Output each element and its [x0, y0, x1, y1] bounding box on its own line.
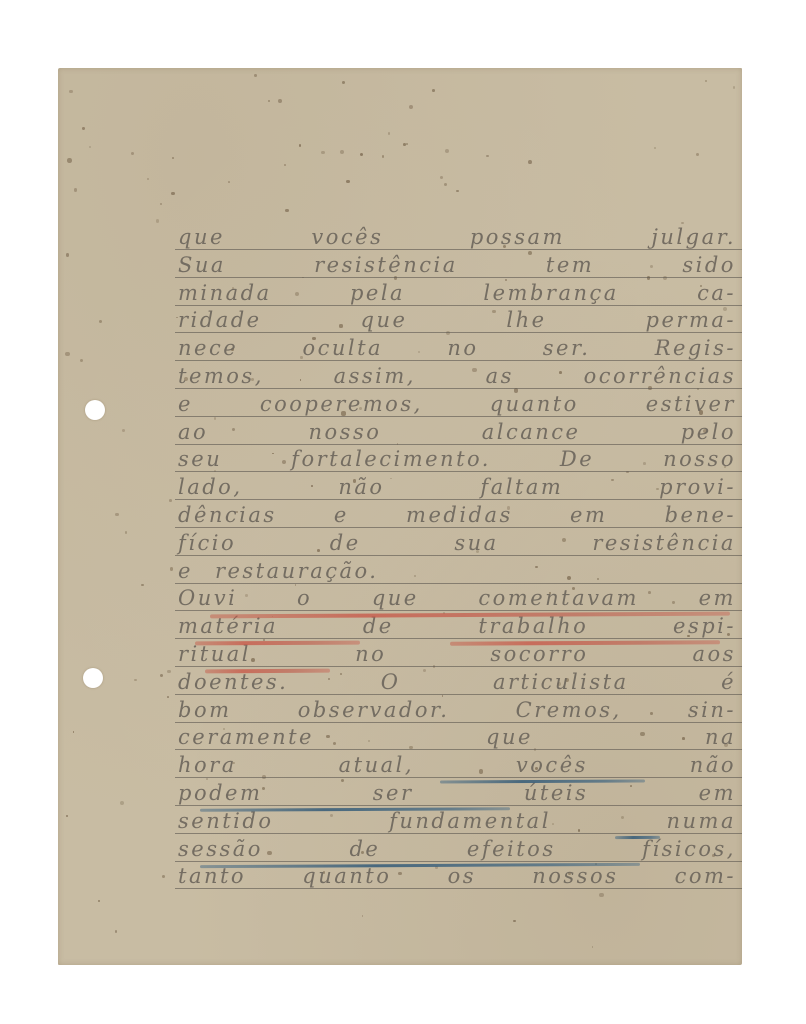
- foxing-speck: [654, 147, 656, 149]
- word: não: [690, 752, 736, 778]
- foxing-speck: [167, 696, 169, 698]
- foxing-speck: [69, 90, 72, 93]
- foxing-speck: [89, 146, 91, 148]
- foxing-speck: [733, 86, 735, 88]
- foxing-speck: [696, 153, 699, 156]
- foxing-speck: [66, 815, 68, 817]
- word: em: [570, 502, 607, 528]
- word: e: [178, 391, 193, 417]
- word: sessão: [178, 836, 263, 862]
- foxing-speck: [169, 499, 172, 502]
- foxing-speck: [409, 105, 413, 109]
- foxing-speck: [528, 160, 532, 164]
- handwritten-line: temos,assim,asocorrências: [178, 361, 736, 389]
- word: alcance: [482, 419, 581, 445]
- word: ao: [178, 419, 208, 445]
- word: faltam: [480, 474, 563, 500]
- word: é: [721, 669, 736, 695]
- handwritten-line: lado,nãofaltamprovi-: [178, 472, 736, 500]
- foxing-speck: [321, 151, 324, 154]
- word: que: [361, 307, 408, 333]
- word: oculta: [302, 335, 383, 361]
- word: bom: [178, 697, 232, 723]
- word: aos: [693, 641, 736, 667]
- foxing-speck: [98, 900, 100, 902]
- foxing-speck: [382, 155, 384, 157]
- foxing-speck: [131, 152, 134, 155]
- word: hora: [178, 752, 237, 778]
- word: medidas: [406, 502, 513, 528]
- word: pelo: [681, 419, 736, 445]
- hole-punch-top: [85, 400, 105, 420]
- foxing-speck: [432, 89, 435, 92]
- foxing-speck: [115, 513, 118, 516]
- word: em: [699, 780, 736, 806]
- foxing-speck: [486, 155, 489, 158]
- word: sua: [454, 530, 498, 556]
- foxing-speck: [120, 801, 124, 805]
- word: fortalecimento.: [291, 446, 491, 472]
- word: que: [178, 224, 225, 250]
- foxing-speck: [440, 176, 443, 179]
- word: atual,: [339, 752, 414, 778]
- foxing-speck: [172, 157, 174, 159]
- hole-punch-bottom: [83, 668, 103, 688]
- word: Ouvi: [178, 585, 237, 611]
- foxing-speck: [228, 181, 230, 183]
- word: no: [447, 335, 478, 361]
- foxing-speck: [65, 352, 69, 356]
- foxing-speck: [513, 920, 516, 923]
- word: e: [334, 502, 349, 528]
- foxing-speck: [156, 219, 160, 223]
- word: as: [486, 363, 514, 389]
- foxing-speck: [115, 930, 118, 933]
- foxing-speck: [122, 429, 125, 432]
- foxing-speck: [278, 99, 282, 103]
- word: podem: [178, 780, 262, 806]
- word: resistência: [314, 252, 458, 278]
- word: o: [297, 585, 312, 611]
- word: que: [486, 724, 533, 750]
- foxing-speck: [171, 192, 175, 196]
- foxing-speck: [299, 144, 302, 147]
- word: cooperemos,: [260, 391, 423, 417]
- word: nossos: [532, 863, 618, 889]
- word: espi-: [673, 613, 736, 639]
- word: físicos,: [642, 836, 736, 862]
- foxing-speck: [141, 584, 144, 587]
- word: e: [178, 558, 193, 584]
- word: observador.: [298, 697, 450, 723]
- word: minada: [178, 280, 272, 306]
- word: não: [338, 474, 384, 500]
- foxing-speck: [160, 203, 162, 205]
- foxing-speck: [284, 164, 286, 166]
- word: trabalho: [478, 613, 588, 639]
- word: Sua: [178, 252, 226, 278]
- word: provi-: [659, 474, 736, 500]
- word: quanto: [490, 391, 579, 417]
- word: nece: [178, 335, 238, 361]
- word: nosso: [663, 446, 736, 472]
- paper-sheet: quevocêspossamjulgar.Suaresistênciatemsi…: [58, 68, 742, 965]
- handwritten-line: erestauração.: [178, 556, 736, 584]
- foxing-speck: [99, 320, 102, 323]
- word: pela: [350, 280, 405, 306]
- word: temos,: [178, 363, 264, 389]
- word: fundamental: [389, 808, 551, 834]
- word: de: [330, 530, 361, 556]
- word: de: [349, 836, 380, 862]
- word: lado,: [178, 474, 243, 500]
- word: ser: [373, 780, 414, 806]
- handwritten-line: fíciodesuaresistência: [178, 528, 736, 556]
- foxing-speck: [362, 915, 364, 917]
- word: tem: [546, 252, 594, 278]
- word: comentavam: [478, 585, 639, 611]
- word: sentido: [178, 808, 273, 834]
- word: nosso: [309, 419, 382, 445]
- word: lhe: [506, 307, 546, 333]
- handwritten-line: aonossoalcancepelo: [178, 417, 736, 445]
- foxing-speck: [346, 180, 349, 183]
- foxing-speck: [170, 567, 174, 571]
- foxing-speck: [254, 74, 257, 77]
- word: O: [381, 669, 401, 695]
- word: estiver: [646, 391, 736, 417]
- red-underline-mark: [205, 669, 330, 674]
- word: fício: [178, 530, 236, 556]
- word: ocorrências: [584, 363, 736, 389]
- word: possam: [470, 224, 565, 250]
- foxing-speck: [342, 81, 345, 84]
- handwritten-line: seufortalecimento.Denosso: [178, 444, 736, 472]
- handwritten-line: Suaresistênciatemsido: [178, 250, 736, 278]
- word: dências: [178, 502, 277, 528]
- word: assim,: [334, 363, 416, 389]
- foxing-speck: [444, 183, 447, 186]
- word: com-: [675, 863, 736, 889]
- word: que: [372, 585, 419, 611]
- handwritten-line: bomobservador.Cremos,sin-: [178, 695, 736, 723]
- foxing-speck: [134, 679, 137, 682]
- handwritten-line: dênciasemedidasembene-: [178, 500, 736, 528]
- foxing-speck: [406, 143, 408, 145]
- word: efeitos: [467, 836, 556, 862]
- foxing-speck: [125, 531, 128, 534]
- handwritten-line: neceocultanoser.Regis-: [178, 333, 736, 361]
- word: numa: [667, 808, 736, 834]
- word: vocês: [516, 752, 588, 778]
- word: restauração.: [215, 558, 379, 584]
- foxing-speck: [285, 209, 288, 212]
- foxing-speck: [268, 100, 270, 102]
- foxing-speck: [67, 158, 71, 162]
- word: De: [560, 446, 594, 472]
- foxing-speck: [162, 875, 165, 878]
- handwritten-line: horaatual,vocêsnão: [178, 750, 736, 778]
- word: em: [699, 585, 736, 611]
- foxing-speck: [73, 731, 75, 733]
- handwritten-line: quevocêspossamjulgar.: [178, 222, 736, 250]
- word: ceramente: [178, 724, 314, 750]
- foxing-speck: [340, 150, 344, 154]
- word: seu: [178, 446, 222, 472]
- handwritten-line: ecooperemos,quantoestiver: [178, 389, 736, 417]
- blue-underline-mark: [615, 836, 660, 839]
- word: ser.: [543, 335, 591, 361]
- handwritten-line: Ouvioquecomentavamem: [178, 583, 736, 611]
- word: no: [355, 641, 386, 667]
- word: Regis-: [655, 335, 736, 361]
- word: resistência: [592, 530, 736, 556]
- foxing-speck: [74, 188, 78, 192]
- foxing-speck: [388, 132, 390, 134]
- word: articulista: [493, 669, 629, 695]
- foxing-speck: [160, 674, 163, 677]
- word: na: [705, 724, 736, 750]
- foxing-speck: [445, 149, 449, 153]
- handwritten-line: ridadequelheperma-: [178, 305, 736, 333]
- word: úteis: [524, 780, 588, 806]
- foxing-speck: [167, 670, 170, 673]
- word: ridade: [178, 307, 262, 333]
- foxing-speck: [66, 253, 70, 257]
- word: os: [448, 863, 476, 889]
- foxing-speck: [82, 127, 84, 129]
- foxing-speck: [456, 190, 458, 192]
- word: ca-: [697, 280, 736, 306]
- word: perma-: [646, 307, 736, 333]
- word: julgar.: [651, 224, 736, 250]
- foxing-speck: [705, 80, 707, 82]
- foxing-speck: [599, 893, 603, 897]
- foxing-speck: [147, 178, 149, 180]
- word: sin-: [688, 697, 736, 723]
- word: bene-: [665, 502, 736, 528]
- foxing-speck: [360, 153, 363, 156]
- word: vocês: [311, 224, 383, 250]
- handwritten-line: ceramentequena: [178, 722, 736, 750]
- foxing-speck: [80, 359, 83, 362]
- word: lembrança: [483, 280, 618, 306]
- word: Cremos,: [516, 697, 622, 723]
- handwritten-line: minadapelalembrançaca-: [178, 278, 736, 306]
- foxing-speck: [592, 946, 594, 948]
- word: sido: [682, 252, 736, 278]
